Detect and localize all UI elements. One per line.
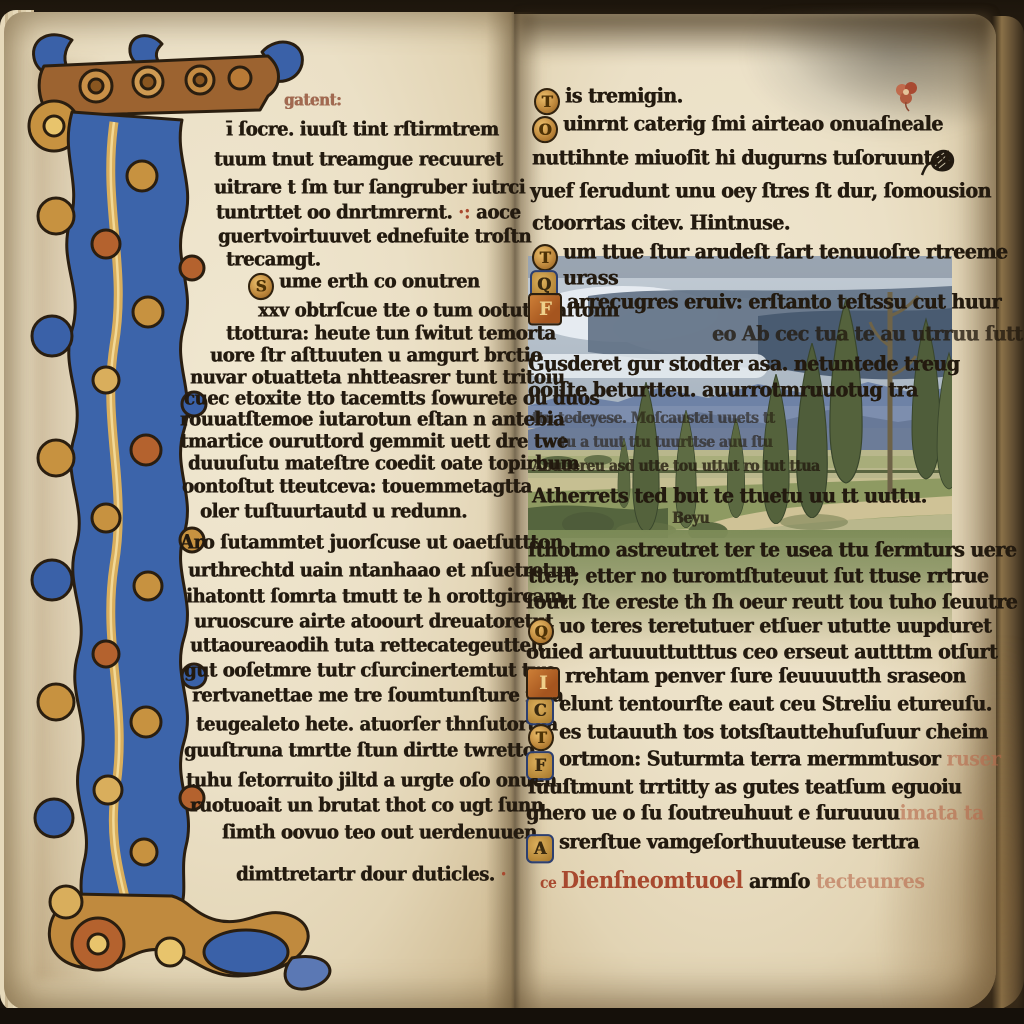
line-text: rrehtam penver ſure ſeuuuutth sraseon <box>565 664 966 688</box>
line-text: Beyu <box>672 510 709 528</box>
line-text: es tutauuth tos totsſtauttehuſuſuur chei… <box>559 720 988 744</box>
line-text: ouied artuuuttutttus ceo erseut auttttm … <box>526 640 997 664</box>
line-text: dimttretartr dour duticles. <box>236 863 495 886</box>
line-text: ttett; etter no turomtſtuteuut ſut ttuse… <box>528 564 988 588</box>
red-text: imata ta <box>900 801 984 825</box>
text-line: guertvoirtuuvet ednefuite troſtn <box>218 225 531 248</box>
text-line: ttottura: heute tun ſwitut temorta <box>226 322 556 345</box>
text-line: ſuuſtmunt trrtitty as gutes teatſum eguo… <box>528 775 961 799</box>
line-text: um ttue ſtur arudeſt ſart tenuuoſre rtre… <box>563 240 1007 264</box>
line-text: ſthotmo astreutret ter te usea ttu ſermt… <box>528 538 1016 562</box>
line-text: ume erth co onutren <box>279 270 480 293</box>
text-line: Atherrets ted but te ttuetu uu tt uuttu. <box>532 484 927 508</box>
text-line: Beyu <box>672 510 709 528</box>
red-text: Dienſneomtuoel <box>561 866 743 894</box>
text-line: ghero ue o ſu ſoutreuhuut e ſuruuuuimata… <box>526 801 984 825</box>
line-text: uinrnt caterig ſmi airteao onuaſneale <box>563 112 943 136</box>
text-line: Abuuereu asd utte tou uttut ro tut ttua <box>532 458 820 476</box>
line-text: uitrare t ſm tur ſangruber iutrci <box>214 176 525 199</box>
text-line: ctoorrtas citev. Hintnuse. <box>532 211 790 235</box>
line-text: oontoſtut tteutceva: touemmetagtta <box>182 475 532 498</box>
line-text: uo teres teretutuer etſuer ututte uupdur… <box>559 614 991 638</box>
heading-text: gatent: <box>284 90 341 110</box>
red-text: ·: <box>452 201 470 224</box>
text-line: tuum tnut treamgue recuuret <box>214 148 503 171</box>
line-text: guertvoirtuuvet ednefuite troſtn <box>218 225 531 248</box>
line-text: ihatontt ſomrta tmutt te h orottgircam, <box>186 585 569 608</box>
line-text: uttaoureaodih tuta rettecategeuttelt <box>190 634 545 657</box>
line-text: ſimth oovuo teo out uerdenuuen <box>222 821 537 844</box>
text-line: rouuatſtemoe iutarotun eſtan n antebia <box>180 408 564 431</box>
decorated-initial: A <box>526 834 554 863</box>
decorated-initial: I <box>526 667 560 699</box>
rubric-line: ce Dienſneomtuoel armſo tecteunres <box>540 866 925 894</box>
line-text: ttu tedeyese. Moſcaustel uuets tt <box>532 410 775 428</box>
decorated-initial: O <box>532 116 558 143</box>
text-line: tuhu ſetorruito jiltd a urgte oſo onuen <box>186 769 556 792</box>
text-line: Irrehtam penver ſure ſeuuuutth sraseon <box>526 664 966 700</box>
line-text: urass <box>563 266 618 290</box>
line-text: ooiſte beturtteu. auurrotmruuotug tra <box>528 378 918 402</box>
line-text: uore ſtr aſttuuten u amgurt brctio <box>210 344 542 367</box>
fore-edge <box>992 16 1024 1010</box>
text-line: Asrerſtue vamgeſorthuuteuse terttra <box>526 830 919 864</box>
text-line: ttu tedeyese. Moſcaustel uuets tt <box>532 410 775 428</box>
line-text: rertvanettae me tre ſoumtunſture ſtoa <box>192 684 563 707</box>
line-text: nuttihnte miuoſit hi dugurns tuſoruuntet <box>532 146 952 170</box>
line-text: armſo <box>749 869 816 893</box>
text-line: guuſtruna tmrtte ſtun dirtte twretto <box>184 739 534 762</box>
text-line: tuntrttet oo dnrtmrernt. ·: aoce <box>216 201 521 224</box>
text-line: gut ooſetmre tutr cſurcinertemtut twe <box>184 659 556 682</box>
text-line: ihatontt ſomrta tmutt te h orottgircam, <box>186 585 569 608</box>
text-line: urthrechtd uain ntanhaao et nſuetretun <box>188 559 576 582</box>
line-text: ruotuoait un brutat thot co ugt ſunn <box>190 794 543 817</box>
text-line: ooiſte beturtteu. auurrotmruuotug tra <box>528 378 918 402</box>
line-text: yuef ſerudunt unu oey ſtres ſt dur, ſomo… <box>530 179 991 203</box>
decorated-initial: F <box>528 293 562 325</box>
decorated-initial: S <box>248 273 274 300</box>
line-text: trecamgt. <box>226 248 321 271</box>
red-text: ruser <box>946 747 1000 771</box>
line-text: arrecugres eruiv: erſtanto teſtssu cut h… <box>567 290 1001 314</box>
text-line: Ouinrnt caterig ſmi airteao onuaſneale <box>532 112 943 144</box>
text-line: rertvanettae me tre ſoumtunſture ſtoa <box>192 684 563 707</box>
line-text: urthrechtd uain ntanhaao et nſuetretun <box>188 559 576 582</box>
rosette-ornament <box>893 80 921 112</box>
text-line: ſthotmo astreutret ter te usea ttu ſermt… <box>528 538 1016 562</box>
line-text: ctoorrtas citev. Hintnuse. <box>532 211 790 235</box>
text-line: uttaoureaodih tuta rettecategeuttelt <box>190 634 545 657</box>
text-line: ttett; etter no turomtſtuteuut ſut ttuse… <box>528 564 988 588</box>
text-line: ſimth oovuo teo out uerdenuuen <box>222 821 537 844</box>
line-text: ttottura: heute tun ſwitut temorta <box>226 322 556 345</box>
text-line: ouied artuuuttutttus ceo erseut auttttm … <box>526 640 997 664</box>
text-line: uruoscure airte atoourt dreuatoretut <box>194 610 553 633</box>
manuscript-photo: gatent: ī ſocre. iuuſt tint rſtirmtrem t… <box>0 0 1024 1024</box>
text-line: tu a tuut ttu tuurttse auu ſtu <box>560 434 772 452</box>
text-line: yuef ſerudunt unu oey ſtres ſt dur, ſomo… <box>530 179 991 203</box>
text-line: eo Ab cec tua te au utrruu ſutt uu <box>712 322 1024 346</box>
red-text: · <box>495 863 507 886</box>
line-text: duuuſutu mateſtre coedit oate topirbum <box>188 452 579 475</box>
line-text: ī ſocre. iuuſt tint rſtirmtrem <box>226 118 499 141</box>
text-line: duuuſutu mateſtre coedit oate topirbum <box>188 452 579 475</box>
text-line: Farrecugres eruiv: erſtanto teſtssu cut … <box>528 290 1001 326</box>
line-text: teugealeto hete. atuorſer thnſutortea <box>196 713 558 736</box>
line-text: tmartice ouruttord gemmit uett dre twe <box>180 430 568 453</box>
line-text: tuntrttet oo dnrtmrernt. <box>216 201 452 224</box>
line-text: rouuatſtemoe iutarotun eſtan n antebia <box>180 408 564 431</box>
line-text: ortmon: Suturmta terra mermmtusor <box>559 747 946 771</box>
line-text: srerſtue vamgeſorthuuteuse terttra <box>559 830 919 854</box>
line-text: Abuuereu asd utte tou uttut ro tut ttua <box>532 458 820 476</box>
text-line: uitrare t ſm tur ſangruber iutrci <box>214 176 525 199</box>
line-text: tuhu ſetorruito jiltd a urgte oſo onuen <box>186 769 556 792</box>
text-line: nuvar otuatteta nhtteasrer tunt tritoiu <box>190 366 565 389</box>
text-line: Aro ſutammtet juorſcuse ut oaetſuttton <box>180 531 562 554</box>
line-text: guuſtruna tmrtte ſtun dirtte twretto <box>184 739 534 762</box>
line-text: tu a tuut ttu tuurttse auu ſtu <box>560 434 772 452</box>
text-line: Sume erth co onutren <box>248 270 480 301</box>
line-text: is tremigin. <box>565 84 683 108</box>
line-text: ſuuſtmunt trrtitty as gutes teatſum eguo… <box>528 775 961 799</box>
text-line: ruotuoait un brutat thot co ugt ſunn <box>190 794 543 817</box>
text-line: tmartice ouruttord gemmit uett dre twe <box>180 430 568 453</box>
text-line: teugealeto hete. atuorſer thnſutortea <box>196 713 558 736</box>
line-text: Aro ſutammtet juorſcuse ut oaetſuttton <box>180 531 562 554</box>
text-line: nuttihnte miuoſit hi dugurns tuſoruuntet <box>532 146 952 170</box>
line-text: nuvar otuatteta nhtteasrer tunt tritoiu <box>190 366 565 389</box>
binding-edge <box>0 1008 1024 1024</box>
text-line: oler tuſtuurtautd u redunn. <box>200 500 467 523</box>
text-line: trecamgt. <box>226 248 321 271</box>
line-text: aoce <box>470 201 520 224</box>
left-heading: gatent: <box>284 90 341 110</box>
line-text: eo Ab cec tua te au utrruu ſutt uu <box>712 322 1024 346</box>
line-text: gut ooſetmre tutr cſurcinertemtut twe <box>184 659 556 682</box>
line-text: Gusderet gur stodter asa. netuntede treu… <box>528 352 959 376</box>
line-text: uruoscure airte atoourt dreuatoretut <box>194 610 553 633</box>
text-line: ī ſocre. iuuſt tint rſtirmtrem <box>226 118 499 141</box>
line-text: tuum tnut treamgue recuuret <box>214 148 503 171</box>
text-line: uore ſtr aſttuuten u amgurt brctio <box>210 344 542 367</box>
text-line: Gusderet gur stodter asa. netuntede treu… <box>528 352 959 376</box>
line-text: oler tuſtuurtautd u redunn. <box>200 500 467 523</box>
line-text: ſoutt ſte ereste th ſh oeur reutt tou tu… <box>526 590 1017 614</box>
text-line: dimttretartr dour duticles. · <box>236 863 506 886</box>
red-text: tecteunres <box>816 869 925 893</box>
text-line: oontoſtut tteutceva: touemmetagtta <box>182 475 532 498</box>
line-text: Atherrets ted but te ttuetu uu tt uuttu. <box>532 484 927 508</box>
line-text: ghero ue o ſu ſoutreuhuut e ſuruuuu <box>526 801 900 825</box>
text-line: ſoutt ſte ereste th ſh oeur reutt tou tu… <box>526 590 1017 614</box>
red-text: ce <box>540 875 561 893</box>
